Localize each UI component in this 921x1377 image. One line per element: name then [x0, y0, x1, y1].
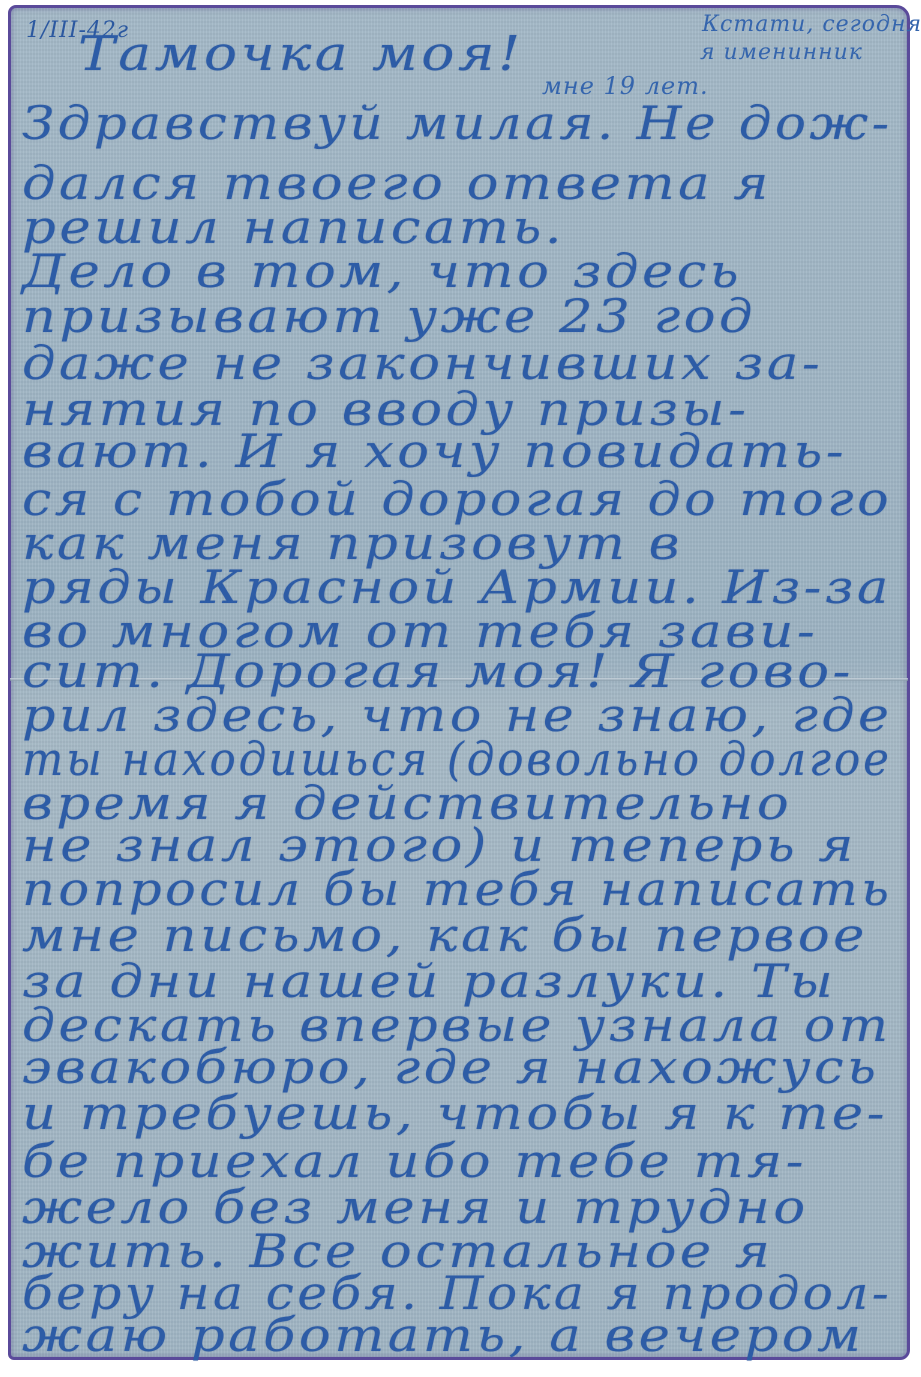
letter-line-4: Дело в том, что здесь [22, 248, 742, 294]
letter-line-24: бе приехал ибо тебе тя- [22, 1138, 807, 1184]
letter-line-18: попросил бы тебя написать [22, 866, 892, 912]
letter-line-22: эвакобюро, где я нахожусь [22, 1044, 879, 1090]
letter-line-8: вают. И я хочу повидать- [22, 428, 847, 474]
letter-line-19: мне письмо, как бы первое [22, 912, 868, 958]
margin-note-line-1: Кстати, сегодня [702, 12, 921, 37]
salutation: Тамочка моя! [78, 30, 524, 78]
letter-line-6: даже не закончивших за- [22, 340, 823, 386]
letter-line-5: призывают уже 23 год [22, 293, 756, 339]
letter-line-1: Здравствуй милая. Не дож- [22, 100, 892, 146]
letter-line-23: и требуешь, чтобы я к те- [22, 1090, 888, 1136]
letter-line-28: жаю работать, а вечером [22, 1312, 864, 1358]
margin-note-line-2: я именинник [700, 40, 863, 65]
